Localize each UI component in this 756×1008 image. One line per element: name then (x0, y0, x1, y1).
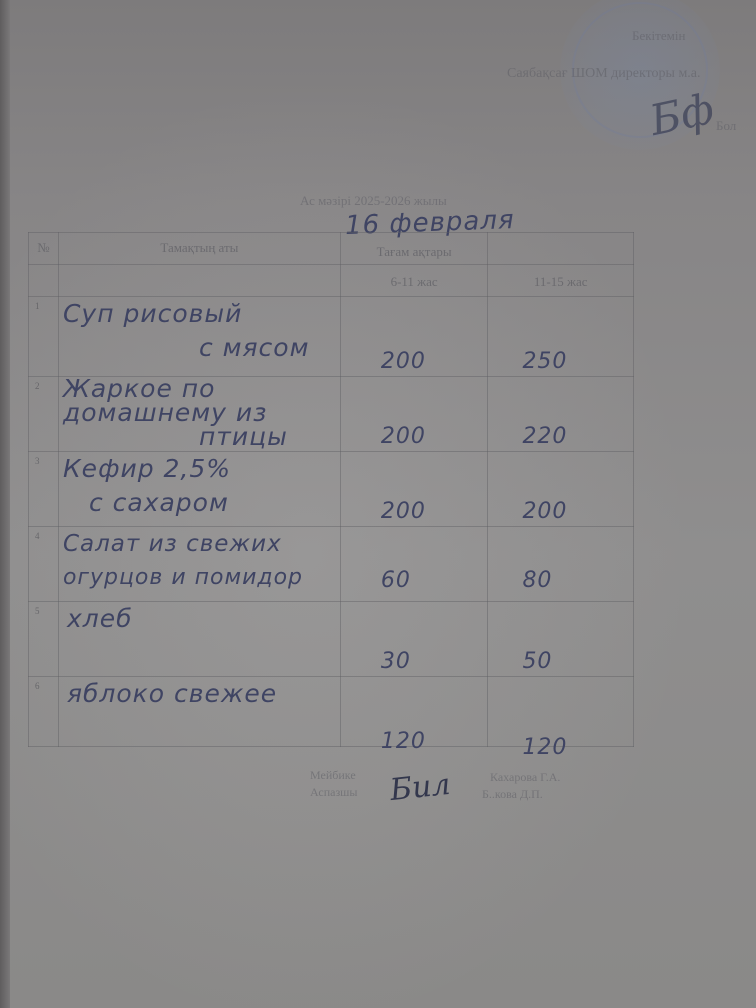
header-blank-name (58, 265, 340, 297)
approval-name: Бол (716, 118, 736, 134)
header-portions-cell: Тағам ақтары (340, 233, 488, 265)
row-number: 4 (29, 527, 59, 602)
qty-cell-age-b: 120 (488, 677, 634, 747)
table-row: 2 Жаркое по домашнему из птицы 200 220 (29, 377, 634, 452)
qty-cell-age-b: 50 (488, 602, 634, 677)
dish-name-line: яблоко свежее (59, 677, 340, 711)
qty-age-b: 220 (522, 424, 567, 449)
dish-name-line: Суп рисовый (59, 297, 340, 331)
dish-name-line: огурцов и помидор (59, 561, 340, 595)
qty-cell-age-b: 80 (488, 527, 634, 602)
qty-age-b: 250 (522, 349, 567, 374)
header-age-b: 11-15 жас (534, 274, 588, 289)
cook-signature: Бил (388, 767, 452, 808)
dish-name-cell: Кефир 2,5% с сахаром (58, 452, 340, 527)
qty-age-b: 80 (522, 568, 552, 593)
row-number: 6 (29, 677, 59, 747)
dish-name-line: хлеб (59, 602, 340, 636)
header-blank-num (29, 265, 59, 297)
footer-name-1: Кахарова Г.А. (490, 770, 560, 785)
qty-age-a: 200 (381, 424, 426, 449)
header-row-2: 6-11 жас 11-15 жас (29, 265, 634, 297)
qty-cell-age-a: 200 (340, 452, 488, 527)
qty-cell-age-a: 30 (340, 602, 488, 677)
dish-name-line: с мясом (59, 331, 340, 365)
qty-age-a: 30 (381, 649, 411, 674)
qty-age-a: 200 (381, 349, 426, 374)
qty-cell-age-b: 250 (488, 297, 634, 377)
row-number: 1 (29, 297, 59, 377)
header-age-a: 6-11 жас (391, 274, 438, 289)
menu-title: Ас мәзірі 2025-2026 жылы (300, 193, 447, 209)
dish-name-cell: Салат из свежих огурцов и помидор (58, 527, 340, 602)
table-row: 4 Салат из свежих огурцов и помидор 60 8… (29, 527, 634, 602)
table-row: 5 хлеб 30 50 (29, 602, 634, 677)
table-row: 3 Кефир 2,5% с сахаром 200 200 (29, 452, 634, 527)
header-row-1: № Тамақтың аты Тағам ақтары (29, 233, 634, 265)
approval-line: Саябақсағ ШОМ директоры м.а. (507, 66, 701, 82)
qty-age-b: 200 (522, 499, 567, 524)
qty-cell-age-b: 200 (488, 452, 634, 527)
dish-name-line: Кефир 2,5% (59, 452, 340, 486)
table-row: 6 яблоко свежее 120 120 (29, 677, 634, 747)
qty-cell-age-b: 220 (488, 377, 634, 452)
header-empty-cell (488, 233, 634, 265)
qty-cell-age-a: 120 (340, 677, 488, 747)
header-num: № (37, 240, 49, 255)
dish-name-line: с сахаром (59, 486, 340, 520)
qty-cell-age-a: 200 (340, 377, 488, 452)
footer-role-1: Мейбике (310, 768, 356, 783)
header-portions: Тағам ақтары (377, 244, 452, 259)
approval-word: Бекітемін (632, 28, 685, 44)
qty-age-a: 60 (381, 568, 411, 593)
qty-age-a: 200 (381, 499, 426, 524)
header-name-cell: Тамақтың аты (58, 233, 340, 265)
header-num-cell: № (29, 233, 59, 265)
row-number: 2 (29, 377, 59, 452)
table-row: 1 Суп рисовый с мясом 200 250 (29, 297, 634, 377)
page-edge (0, 0, 10, 1008)
header-age-a-cell: 6-11 жас (340, 265, 488, 297)
row-number: 3 (29, 452, 59, 527)
dish-name-cell: Суп рисовый с мясом (58, 297, 340, 377)
header-name: Тамақтың аты (160, 240, 238, 255)
header-age-b-cell: 11-15 жас (488, 265, 634, 297)
dish-name-cell: хлеб (58, 602, 340, 677)
footer-role-2: Аспазшы (310, 785, 357, 800)
menu-table: № Тамақтың аты Тағам ақтары 6-11 жас 11-… (28, 232, 634, 747)
qty-age-a: 120 (381, 729, 426, 754)
qty-cell-age-a: 200 (340, 297, 488, 377)
qty-cell-age-a: 60 (340, 527, 488, 602)
dish-name-line: птицы (59, 425, 340, 449)
row-number: 5 (29, 602, 59, 677)
dish-name-cell: яблоко свежее (58, 677, 340, 747)
dish-name-line: Салат из свежих (59, 527, 340, 561)
qty-age-b: 50 (522, 649, 552, 674)
qty-age-b: 120 (522, 735, 567, 760)
footer-name-2: Б..кова Д.П. (482, 787, 543, 802)
dish-name-cell: Жаркое по домашнему из птицы (58, 377, 340, 452)
